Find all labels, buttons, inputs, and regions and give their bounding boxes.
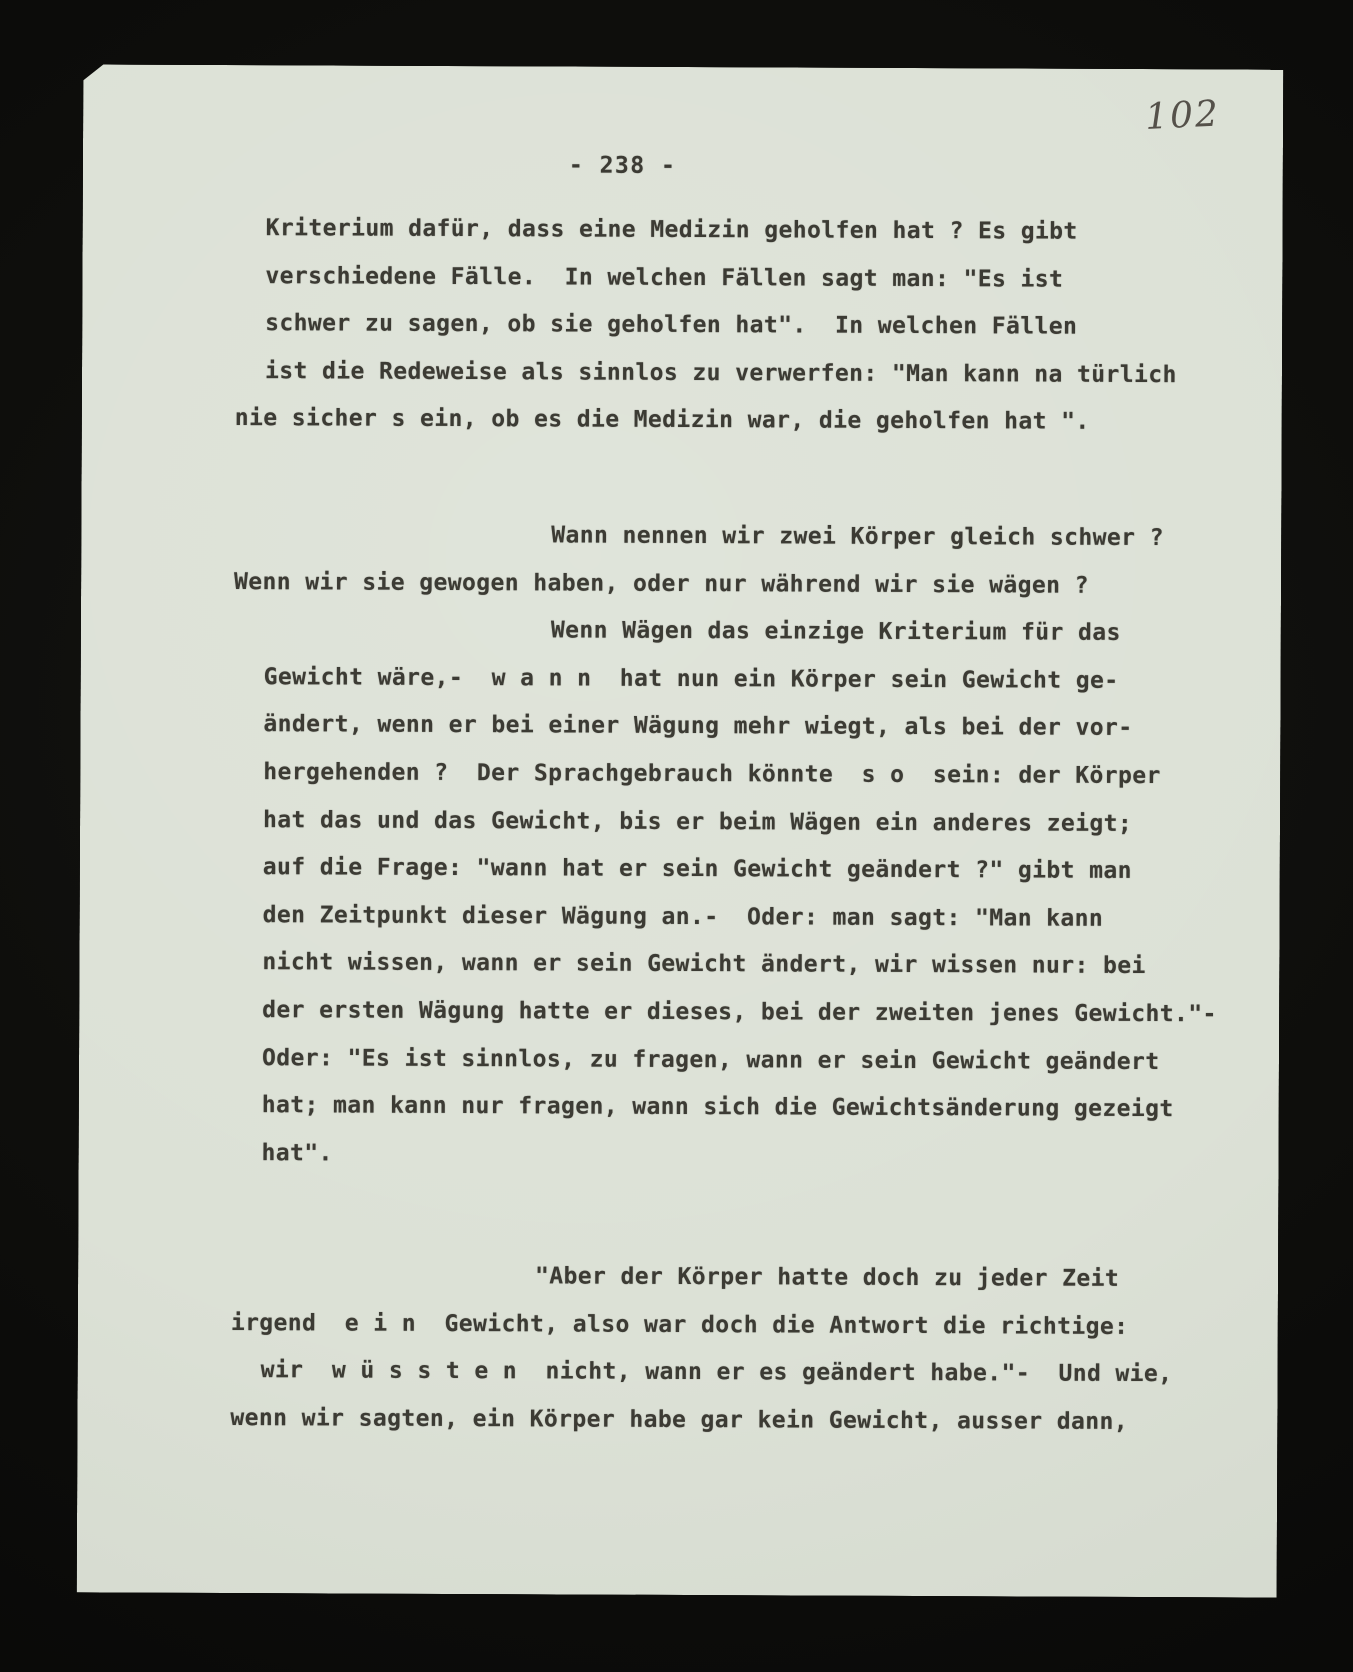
- typed-line: wir w ü s s t e n nicht, wann er es geän…: [261, 1348, 1271, 1400]
- typed-line: hat; man kann nur fragen, wann sich die …: [262, 1082, 1272, 1134]
- typed-line: wenn wir sagten, ein Körper habe gar kei…: [230, 1395, 1270, 1447]
- folio-number-annotation: 102: [1144, 93, 1221, 138]
- typed-line: hat das und das Gewicht, bis er beim Wäg…: [263, 797, 1273, 849]
- typed-line: Wenn Wägen das einzige Kriterium für das: [264, 606, 1274, 658]
- typed-line: Kriterium dafür, dass eine Medizin gehol…: [266, 205, 1276, 257]
- typed-line: schwer zu sagen, ob sie geholfen hat". I…: [265, 300, 1275, 352]
- document-page: 102 - 238 - Kriterium dafür, dass eine M…: [77, 64, 1284, 1597]
- typed-line: verschiedene Fälle. In welchen Fällen sa…: [265, 253, 1275, 305]
- typed-line: nicht wissen, wann er sein Gewicht änder…: [262, 939, 1272, 991]
- typed-text-block: Kriterium dafür, dass eine Medizin gehol…: [260, 205, 1275, 1447]
- typed-line: irgend e i n Gewicht, also war doch die …: [231, 1300, 1271, 1352]
- typed-line: hergehenden ? Der Sprachgebrauch könnte …: [263, 749, 1273, 801]
- scan-background: 102 - 238 - Kriterium dafür, dass eine M…: [0, 0, 1353, 1672]
- typed-line: Gewicht wäre,- w a n n hat nun ein Körpe…: [264, 654, 1274, 706]
- typed-line: "Aber der Körper hatte doch zu jeder Zei…: [261, 1252, 1271, 1304]
- typed-line: ändert, wenn er bei einer Wägung mehr wi…: [263, 702, 1273, 754]
- typed-line: Wann nennen wir zwei Körper gleich schwe…: [264, 511, 1274, 563]
- typed-line: ist die Redeweise als sinnlos zu verwerf…: [265, 348, 1275, 400]
- typed-line: Oder: "Es ist sinnlos, zu fragen, wann e…: [262, 1035, 1272, 1087]
- typed-line: der ersten Wägung hatte er dieses, bei d…: [262, 987, 1272, 1039]
- typed-line: auf die Frage: "wann hat er sein Gewicht…: [263, 844, 1273, 896]
- typed-line: den Zeitpunkt dieser Wägung an.- Oder: m…: [263, 892, 1273, 944]
- typed-line: nie sicher s ein, ob es die Medizin war,…: [235, 395, 1275, 447]
- typed-line: hat".: [261, 1130, 1271, 1182]
- page-number: - 238 -: [569, 153, 677, 179]
- typed-line: Wenn wir sie gewogen haben, oder nur wäh…: [234, 559, 1274, 611]
